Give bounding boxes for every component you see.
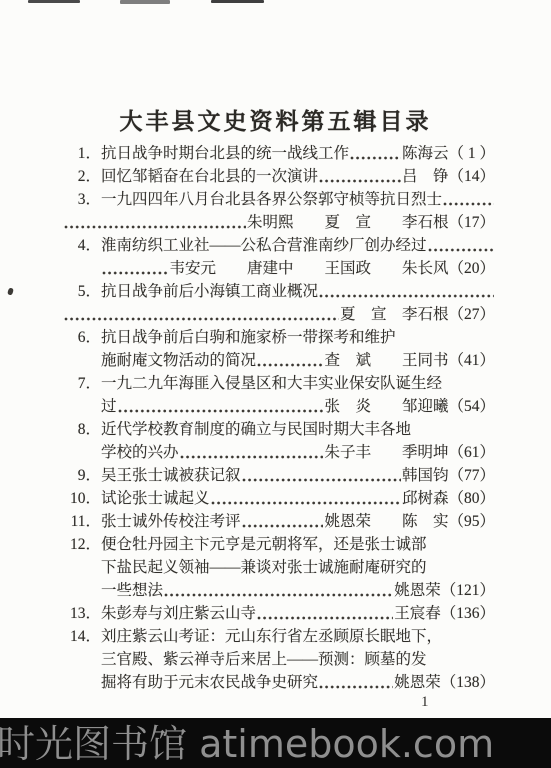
entry-number: 7． <box>63 372 101 395</box>
entry-title: 施耐庵文物活动的简况 <box>101 349 256 372</box>
entry-number: 3． <box>63 188 101 211</box>
entry-number: 5． <box>63 280 101 303</box>
entry-authors-page: 姚恩荣 陈 实（95） <box>324 510 495 533</box>
toc-line: 4．淮南纺织工业社——公私合营淮南纱厂创办经过 <box>63 234 495 257</box>
dot-leader <box>319 179 401 183</box>
entry-title: 三官殿、紫云禅寺后来居上——预测：顾墓的发 <box>101 648 427 671</box>
entry-authors-page: 王宸春（136） <box>394 602 495 625</box>
entry-title: 抗日战争时期台北县的统一战线工作 <box>101 142 349 165</box>
entry-title: 下盐民起义领袖——兼谈对张士诚施耐庵研究的 <box>101 556 427 579</box>
dot-leader <box>211 501 401 505</box>
entry-title: 学校的兴办 <box>101 441 179 464</box>
dot-leader <box>319 685 393 689</box>
entry-number: 4． <box>63 234 101 257</box>
entry-title: 过 <box>101 395 117 418</box>
toc-line: 9．吴王张士诚被获记叙韩国钧（77） <box>63 464 495 487</box>
dot-leader <box>118 409 324 413</box>
page-number: 1 <box>421 694 429 711</box>
entry-title: 朱彭寿与刘庄紫云山寺 <box>101 602 256 625</box>
entry-authors-page: 夏 宣 李石根（27） <box>340 303 495 326</box>
toc-line: 6．抗日战争前后白驹和施家桥一带探考和维护 <box>63 326 495 349</box>
toc-list: 1．抗日战争时期台北县的统一战线工作陈海云（ 1 ）2．回忆邹韬奋在台北县的一次… <box>63 142 495 694</box>
entry-title: 淮南纺织工业社——公私合营淮南纱厂创办经过 <box>101 234 427 257</box>
dot-leader <box>180 455 324 459</box>
entry-title: 回忆邹韬奋在台北县的一次演讲 <box>101 165 318 188</box>
dot-leader <box>319 294 494 298</box>
toc-line: 过张 炎 邹迎曦（54） <box>63 395 495 418</box>
dot-leader <box>242 478 401 482</box>
page-title: 大丰县文史资料第五辑目录 <box>0 103 551 136</box>
entry-number: 13． <box>63 602 101 625</box>
dot-leader <box>257 363 323 367</box>
toc-line: 11．张士诚外传校注考评姚恩荣 陈 实（95） <box>63 510 495 533</box>
entry-title: 一些想法 <box>101 579 163 602</box>
entry-title: 掘将有助于元末农民战争史研究 <box>101 671 318 694</box>
entry-number: 12． <box>63 533 101 556</box>
entry-authors-page: 邱树森（80） <box>402 487 495 510</box>
toc-line: 下盐民起义领袖——兼谈对张士诚施耐庵研究的 <box>63 556 495 579</box>
toc-line: 13．朱彭寿与刘庄紫云山寺王宸春（136） <box>63 602 495 625</box>
toc-line: 1．抗日战争时期台北县的统一战线工作陈海云（ 1 ） <box>63 142 495 165</box>
dot-leader <box>102 271 168 275</box>
toc-line: 12．便仓牡丹园主卞元亨是元朝将军，还是张士诚部 <box>63 533 495 556</box>
dot-leader <box>164 593 393 597</box>
scan-artifact-top-middle <box>120 0 170 4</box>
entry-authors-page: 韦安元 唐建中 王国政 朱长风（20） <box>169 257 495 280</box>
entry-number: 6． <box>63 326 101 349</box>
toc-line: 2．回忆邹韬奋在台北县的一次演讲吕 铮（14） <box>63 165 495 188</box>
entry-authors-page: 姚恩荣（138） <box>394 671 495 694</box>
entry-number: 9． <box>63 464 101 487</box>
entry-number: 11． <box>63 510 101 533</box>
entry-number: 1． <box>63 142 101 165</box>
dot-leader <box>350 156 401 160</box>
entry-authors-page: 姚恩荣（121） <box>394 579 495 602</box>
entry-authors-page: 朱子丰 季明坤（61） <box>324 441 495 464</box>
dot-leader <box>443 202 494 206</box>
entry-authors-page: 查 斌 王同书（41） <box>324 349 495 372</box>
toc-line: 一些想法姚恩荣（121） <box>63 579 495 602</box>
dot-leader <box>242 524 324 528</box>
entry-authors-page: 陈海云（ 1 ） <box>402 142 495 165</box>
toc-line: 10．试论张士诚起义邱树森（80） <box>63 487 495 510</box>
entry-title: 刘庄紫云山考证：元山东行省左丞顾原长眠地下， <box>101 625 442 648</box>
entry-number: 2． <box>63 165 101 188</box>
entry-title: 一九四四年八月台北县各界公祭郭守桢等抗日烈士 <box>101 188 442 211</box>
toc-line: 韦安元 唐建中 王国政 朱长风（20） <box>63 257 495 280</box>
dot-leader <box>257 616 393 620</box>
toc-line: 夏 宣 李石根（27） <box>63 303 495 326</box>
toc-line: 14．刘庄紫云山考证：元山东行省左丞顾原长眠地下， <box>63 625 495 648</box>
scan-artifact-top-right <box>211 0 264 3</box>
entry-title: 便仓牡丹园主卞元亨是元朝将军，还是张士诚部 <box>101 533 427 556</box>
entry-authors-page: 张 炎 邹迎曦（54） <box>324 395 495 418</box>
toc-line: 学校的兴办朱子丰 季明坤（61） <box>63 441 495 464</box>
watermark-text: 时光图书馆 atimebook.com <box>0 718 551 768</box>
entry-number: 10． <box>63 487 101 510</box>
entry-number: 14． <box>63 625 101 648</box>
toc-line: 3．一九四四年八月台北县各界公祭郭守桢等抗日烈士 <box>63 188 495 211</box>
entry-title: 张士诚外传校注考评 <box>101 510 241 533</box>
dot-leader <box>64 225 246 229</box>
dot-leader <box>428 248 494 252</box>
entry-title: 抗日战争前后小海镇工商业概况 <box>101 280 318 303</box>
entry-title: 试论张士诚起义 <box>101 487 210 510</box>
entry-title: 一九二九年海匪入侵垦区和大丰实业保安队诞生经 <box>101 372 442 395</box>
entry-authors-page: 吕 铮（14） <box>402 165 495 188</box>
toc-line: 掘将有助于元末农民战争史研究姚恩荣（138） <box>63 671 495 694</box>
watermark-bar: 时光图书馆 atimebook.com <box>0 718 551 768</box>
entry-title: 吴王张士诚被获记叙 <box>101 464 241 487</box>
scan-speck-left-margin <box>7 287 14 295</box>
toc-line: 7．一九二九年海匪入侵垦区和大丰实业保安队诞生经 <box>63 372 495 395</box>
entry-number: 8． <box>63 418 101 441</box>
toc-line: 施耐庵文物活动的简况查 斌 王同书（41） <box>63 349 495 372</box>
entry-title: 抗日战争前后白驹和施家桥一带探考和维护 <box>101 326 396 349</box>
toc-line: 8．近代学校教育制度的确立与民国时期大丰各地 <box>63 418 495 441</box>
entry-authors-page: 韩国钧（77） <box>402 464 495 487</box>
toc-line: 朱明熙 夏 宣 李石根（17） <box>63 211 495 234</box>
dot-leader <box>64 317 339 321</box>
entry-authors-page: 朱明熙 夏 宣 李石根（17） <box>247 211 495 234</box>
entry-title: 近代学校教育制度的确立与民国时期大丰各地 <box>101 418 411 441</box>
toc-line: 三官殿、紫云禅寺后来居上——预测：顾墓的发 <box>63 648 495 671</box>
scan-artifact-top-left <box>28 0 80 3</box>
toc-line: 5．抗日战争前后小海镇工商业概况 <box>63 280 495 303</box>
